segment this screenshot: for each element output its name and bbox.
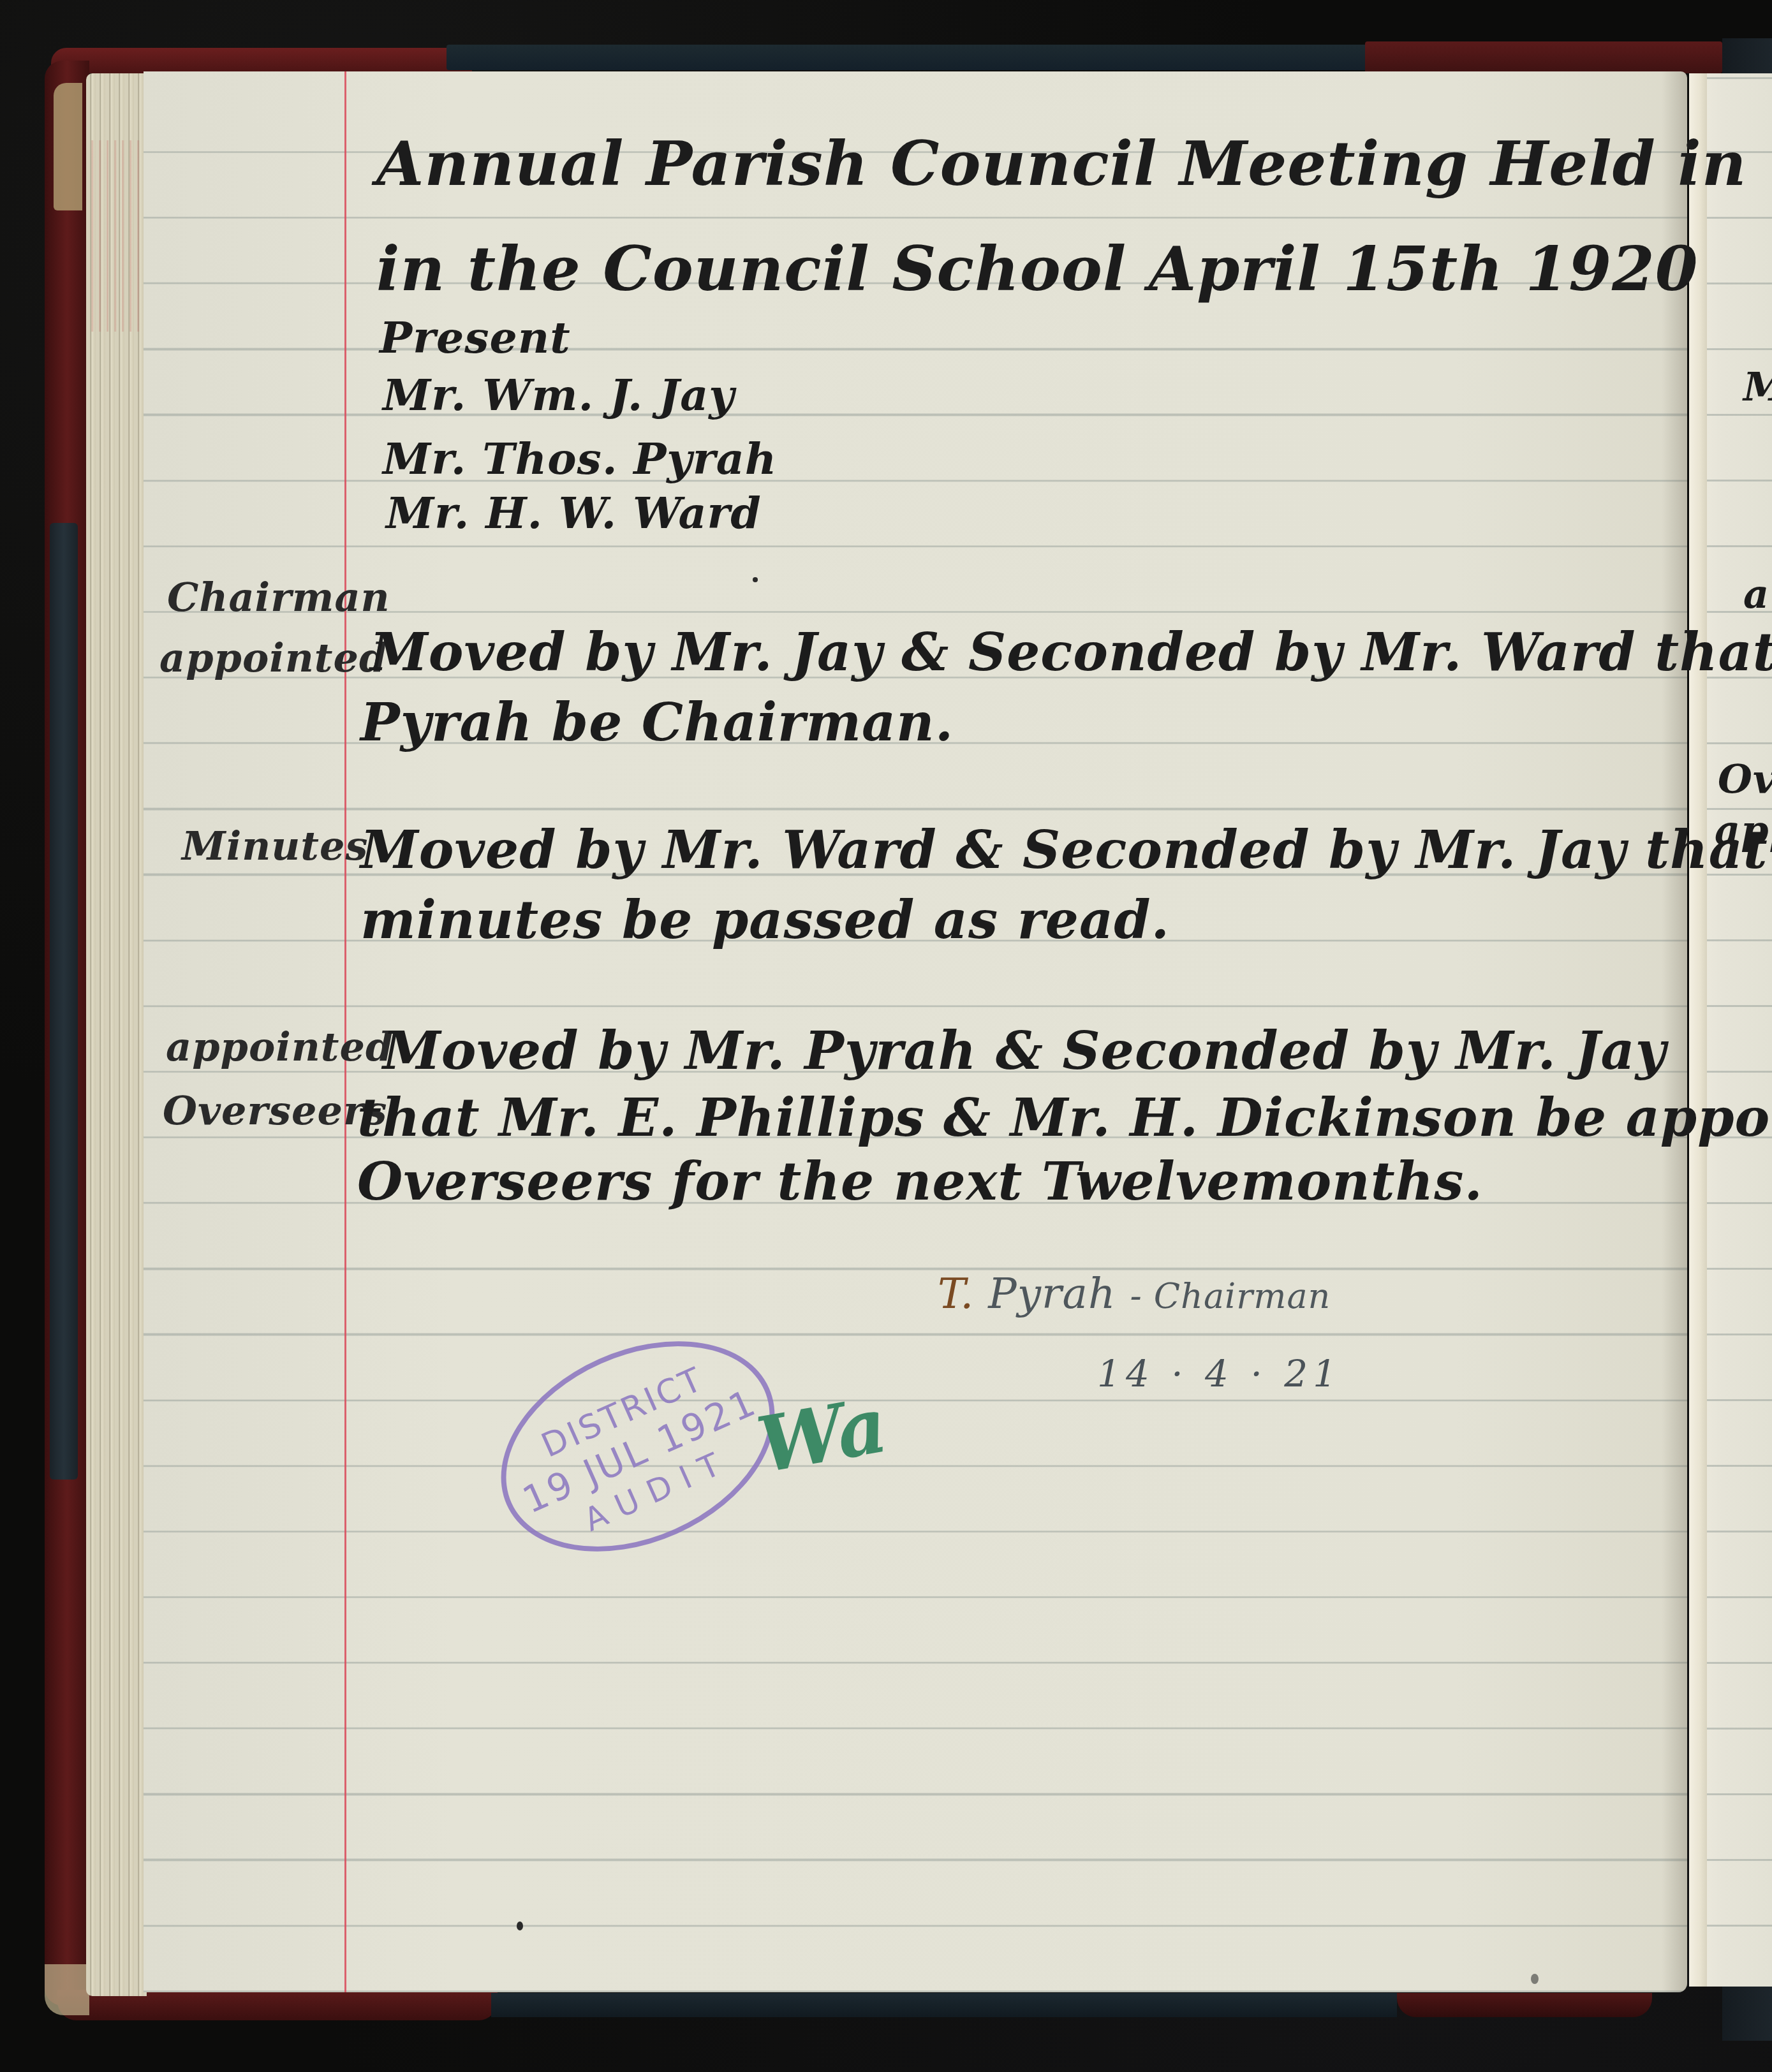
margin-note: Chairman	[167, 574, 390, 621]
cover-cloth-left	[50, 523, 78, 1480]
minutes-heading-line-1: Annual Parish Council Meeting Held in	[376, 128, 1747, 200]
resolution-line: Moved by Mr. Ward & Seconded by Mr. Jay …	[360, 819, 1772, 881]
cover-leather-bottom-right	[1397, 1993, 1652, 2017]
facing-page-fragment: Ove	[1718, 756, 1772, 802]
member-name: Mr. Thos. Pyrah	[383, 434, 777, 485]
corner-wear-top-left	[54, 83, 82, 210]
signature-date: 14 · 4 · 21	[1097, 1352, 1341, 1395]
page-edge-stack	[86, 73, 147, 1996]
ink-spot	[517, 1921, 523, 1930]
cover-cloth-bottom	[491, 1993, 1397, 2017]
member-name: Mr. H. W. Ward	[386, 488, 762, 539]
ink-spot	[1531, 1974, 1539, 1984]
cover-leather-top-right	[1365, 41, 1722, 73]
resolution-line: Moved by Mr. Pyrah & Seconded by Mr. Jay	[383, 1020, 1666, 1082]
member-name: Mr. Wm. J. Jay	[383, 370, 735, 421]
signature-initial: T.	[938, 1269, 974, 1318]
signature-role: - Chairman	[1130, 1276, 1331, 1316]
cover-leather-top-left	[51, 48, 472, 73]
facing-page: Mr a Ove app	[1689, 73, 1772, 1987]
facing-page-fragment: Mr	[1743, 364, 1772, 410]
resolution-line: minutes be passed as read.	[360, 890, 1170, 951]
facing-page-fold	[1689, 73, 1707, 1987]
resolution-line: Overseers for the next Twelvemonths.	[357, 1151, 1483, 1212]
page-edge-red-stain	[86, 140, 147, 332]
signature-name: Pyrah	[988, 1269, 1116, 1318]
cover-cloth-top	[447, 45, 1371, 70]
facing-page-fragment: a	[1743, 571, 1769, 617]
resolution-line: Moved by Mr. Jay & Seconded by Mr. Ward …	[370, 622, 1772, 683]
resolution-line: that Mr. E. Phillips & Mr. H. Dickinson …	[357, 1087, 1772, 1149]
resolution-line: Pyrah be Chairman.	[360, 692, 954, 753]
ink-spot	[753, 577, 758, 582]
margin-note: appointed	[159, 635, 387, 681]
chairman-signature: T. Pyrah - Chairman	[938, 1269, 1331, 1318]
present-label: Present	[380, 312, 571, 364]
margin-note: Minutes	[182, 823, 368, 869]
margin-note: Overseers	[163, 1087, 388, 1134]
margin-note: appointed	[166, 1024, 394, 1070]
minutes-heading-line-2: in the Council School April 15th 1920	[376, 233, 1699, 305]
corner-wear-bottom-left	[45, 1964, 89, 2015]
